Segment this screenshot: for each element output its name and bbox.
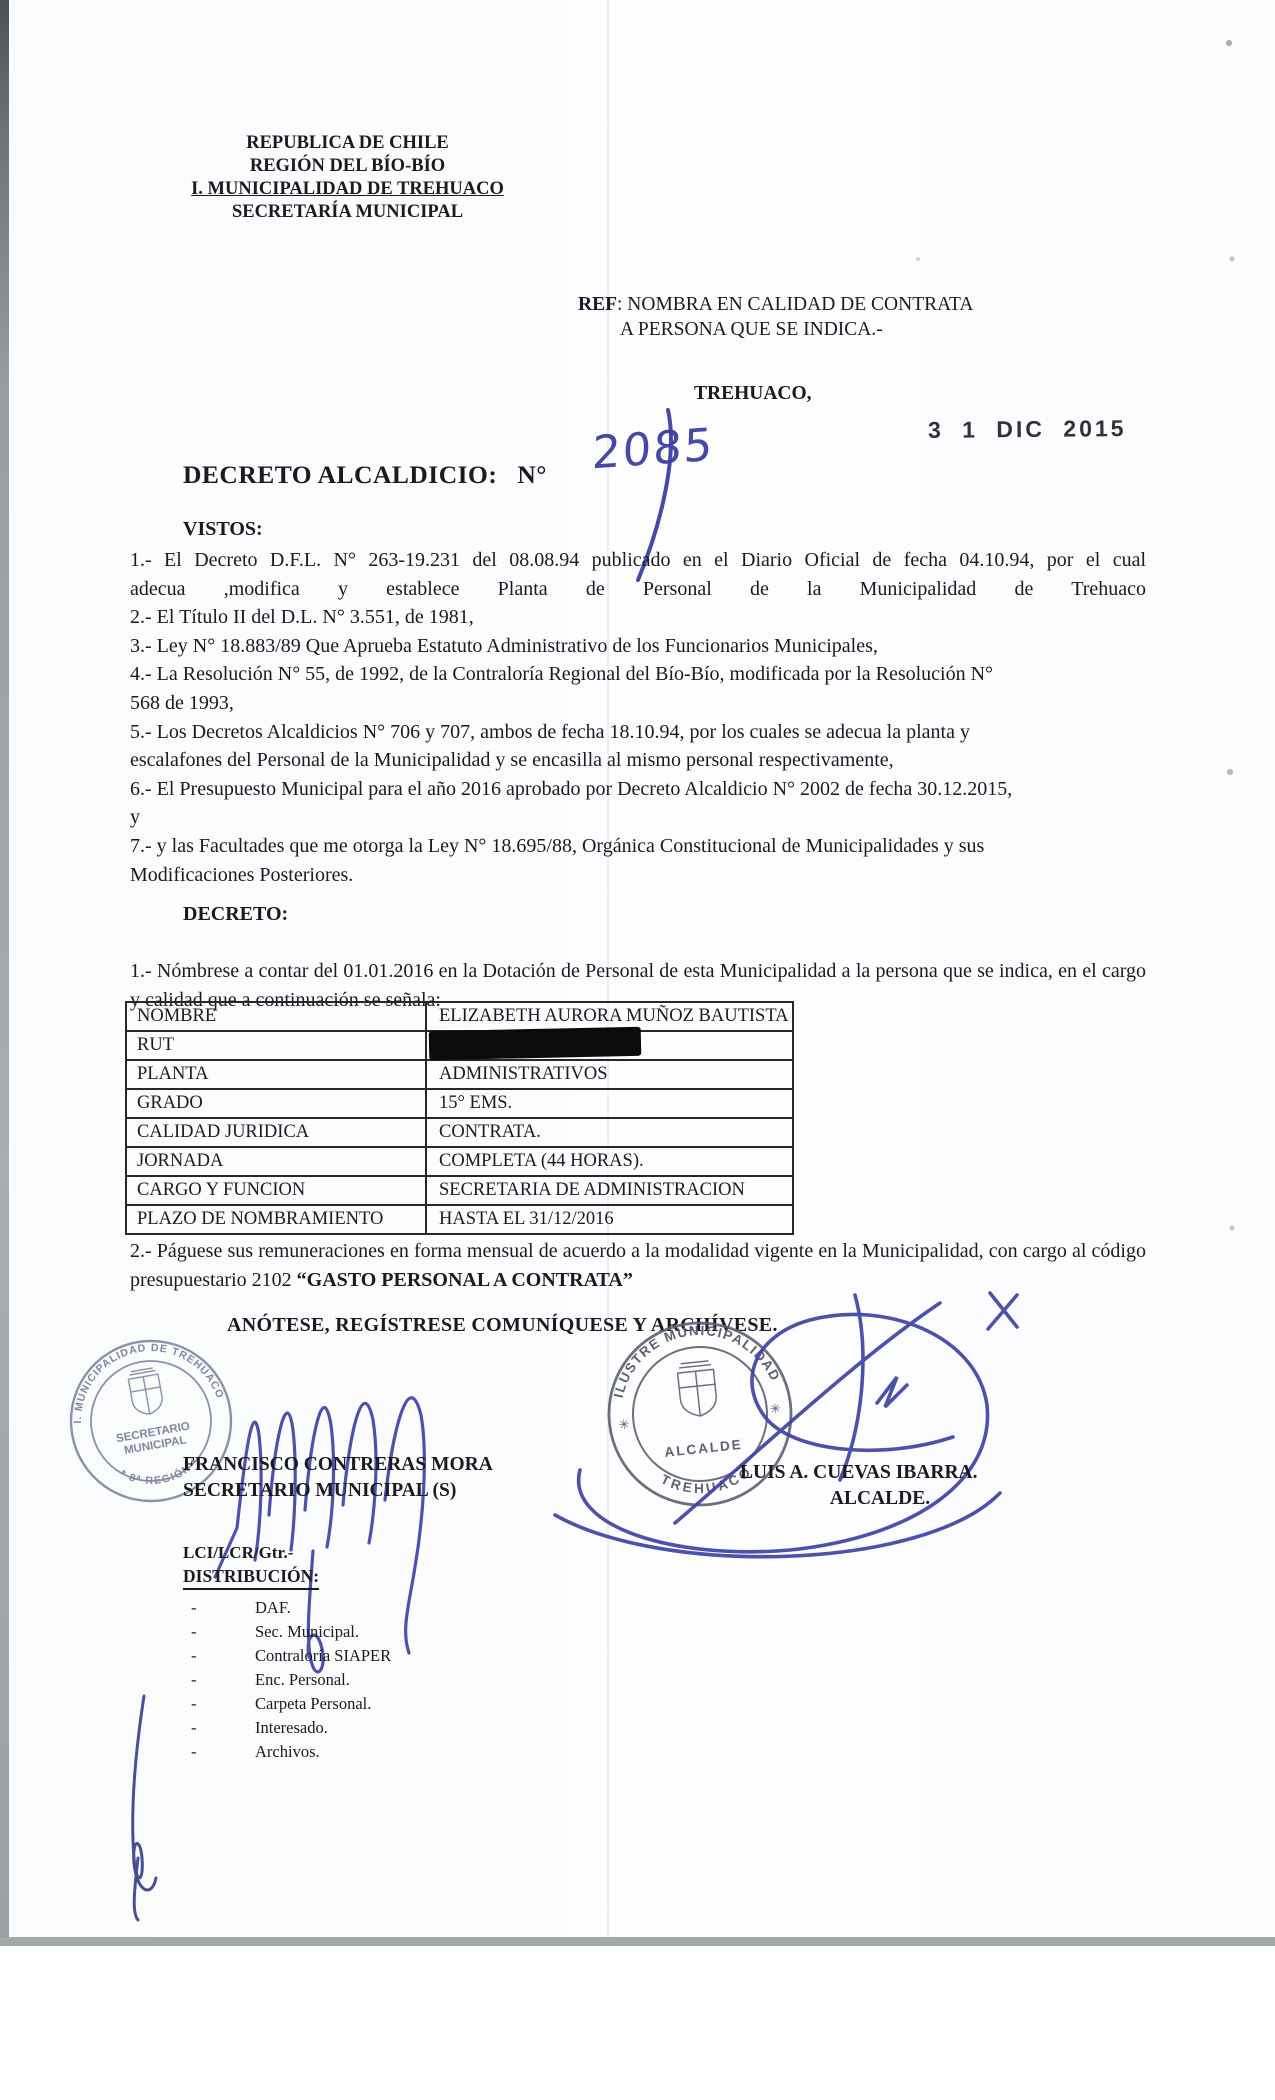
left-signatory: FRANCISCO CONTRERAS MORA SECRETARIO MUNI… — [183, 1452, 513, 1504]
right-signatory-title: ALCALDE. — [740, 1486, 1020, 1512]
distribution-heading: DISTRIBUCIÓN: — [183, 1566, 319, 1590]
table-cell-label: CALIDAD JURIDICA — [126, 1118, 426, 1147]
vistos-item: 5.- Los Decretos Alcaldicios N° 706 y 70… — [130, 718, 1146, 775]
distribution-item: -Enc. Personal. — [183, 1668, 513, 1692]
distribution-list: -DAF. -Sec. Municipal. -Contraloría SIAP… — [183, 1596, 513, 1764]
table-cell-value: SECRETARIA DE ADMINISTRACION — [426, 1176, 793, 1205]
table-cell-label: NOMBRE — [126, 1002, 426, 1031]
letterhead-country: REPUBLICA DE CHILE — [170, 132, 525, 155]
ref-line2: A PERSONA QUE SE INDICA.- — [578, 317, 1098, 342]
table-cell-label: JORNADA — [126, 1147, 426, 1176]
right-signatory: LUIS A. CUEVAS IBARRA. ALCALDE. — [740, 1460, 1020, 1512]
table-cell-label: GRADO — [126, 1089, 426, 1118]
distribution-dash: - — [183, 1620, 255, 1644]
date-stamp: 3 1 DIC 2015 — [928, 415, 1127, 444]
ref-subject: : NOMBRA EN CALIDAD DE CONTRATA — [617, 294, 973, 315]
distribution-label: Archivos. — [255, 1740, 320, 1764]
table-cell-value — [426, 1031, 793, 1060]
table-row: RUT — [126, 1031, 793, 1060]
distribution-label: Enc. Personal. — [255, 1668, 350, 1692]
distribution-item: -Interesado. — [183, 1716, 513, 1740]
table-row: JORNADA COMPLETA (44 HORAS). — [126, 1147, 793, 1176]
vistos-list: 1.- El Decreto D.F.L. N° 263-19.231 del … — [130, 546, 1146, 889]
table-cell-value: HASTA EL 31/12/2016 — [426, 1205, 793, 1234]
letterhead-office: SECRETARÍA MUNICIPAL — [170, 201, 525, 224]
decree-title-label: DECRETO ALCALDICIO: — [183, 460, 497, 489]
letterhead-municipality: I. MUNICIPALIDAD DE TREHUACO — [170, 178, 525, 201]
vistos-item: 2.- El Título II del D.L. N° 3.551, de 1… — [130, 603, 1146, 632]
distribution-dash: - — [183, 1740, 255, 1764]
letterhead-region: REGIÓN DEL BÍO-BÍO — [170, 155, 525, 178]
footer-block: LCI/LCR/Gtr.- DISTRIBUCIÓN: -DAF. -Sec. … — [183, 1543, 513, 1764]
decree-number-prefix: N° — [517, 460, 547, 489]
scan-bottom-edge — [0, 1937, 1275, 1946]
distribution-item: -Archivos. — [183, 1740, 513, 1764]
decreto-heading: DECRETO: — [183, 903, 288, 926]
table-cell-label: PLAZO DE NOMBRAMIENTO — [126, 1205, 426, 1234]
distribution-dash: - — [183, 1596, 255, 1620]
scan-specks — [0, 0, 2, 2]
bottom-pen-flourish — [92, 1688, 182, 1923]
distribution-dash: - — [183, 1668, 255, 1692]
distribution-item: -Sec. Municipal. — [183, 1620, 513, 1644]
letterhead: REPUBLICA DE CHILE REGIÓN DEL BÍO-BÍO I.… — [170, 132, 525, 224]
decree-title: DECRETO ALCALDICIO:N° — [183, 460, 547, 490]
ref-line1: REF: NOMBRA EN CALIDAD DE CONTRATA — [578, 292, 1098, 317]
vistos-item: 7.- y las Facultades que me otorga la Le… — [130, 832, 1146, 889]
distribution-dash: - — [183, 1716, 255, 1740]
distribution-item: -DAF. — [183, 1596, 513, 1620]
table-cell-value: CONTRATA. — [426, 1118, 793, 1147]
appointment-table-body: NOMBRE ELIZABETH AURORA MUÑOZ BAUTISTA R… — [126, 1002, 793, 1234]
scan-left-edge — [0, 0, 9, 1944]
distribution-label: Contraloría SIAPER — [255, 1644, 391, 1668]
table-cell-value: COMPLETA (44 HORAS). — [426, 1147, 793, 1176]
distribution-item: -Contraloría SIAPER — [183, 1644, 513, 1668]
vistos-item: 1.- El Decreto D.F.L. N° 263-19.231 del … — [130, 546, 1146, 603]
table-row: GRADO 15° EMS. — [126, 1089, 793, 1118]
vistos-heading: VISTOS: — [183, 518, 263, 541]
distribution-label: Interesado. — [255, 1716, 328, 1740]
vistos-item: 6.- El Presupuesto Municipal para el año… — [130, 775, 1146, 832]
table-row: PLAZO DE NOMBRAMIENTO HASTA EL 31/12/201… — [126, 1205, 793, 1234]
distribution-label: Carpeta Personal. — [255, 1692, 371, 1716]
table-cell-value: ADMINISTRATIVOS — [426, 1060, 793, 1089]
table-cell-label: RUT — [126, 1031, 426, 1060]
distribution-item: -Carpeta Personal. — [183, 1692, 513, 1716]
right-signatory-name: LUIS A. CUEVAS IBARRA. — [740, 1460, 1020, 1486]
distribution-label: Sec. Municipal. — [255, 1620, 359, 1644]
mayor-signature-ink — [525, 1265, 1055, 1600]
distribution-label: DAF. — [255, 1596, 291, 1620]
distribution-dash: - — [183, 1644, 255, 1668]
ref-label: REF — [578, 294, 617, 315]
scanned-decree-page: REPUBLICA DE CHILE REGIÓN DEL BÍO-BÍO I.… — [0, 0, 1275, 2100]
table-row: NOMBRE ELIZABETH AURORA MUÑOZ BAUTISTA — [126, 1002, 793, 1031]
drafting-initials: LCI/LCR/Gtr.- — [183, 1543, 513, 1563]
ref-block: REF: NOMBRA EN CALIDAD DE CONTRATA A PER… — [578, 292, 1098, 342]
table-cell-value: 15° EMS. — [426, 1089, 793, 1118]
distribution-dash: - — [183, 1692, 255, 1716]
appointment-table: NOMBRE ELIZABETH AURORA MUÑOZ BAUTISTA R… — [125, 1001, 794, 1235]
table-row: CARGO Y FUNCION SECRETARIA DE ADMINISTRA… — [126, 1176, 793, 1205]
vistos-item: 3.- Ley N° 18.883/89 Que Aprueba Estatut… — [130, 632, 1146, 661]
table-cell-label: CARGO Y FUNCION — [126, 1176, 426, 1205]
left-signatory-title: SECRETARIO MUNICIPAL (S) — [183, 1478, 513, 1504]
left-signatory-name: FRANCISCO CONTRERAS MORA — [183, 1452, 513, 1478]
table-row: PLANTA ADMINISTRATIVOS — [126, 1060, 793, 1089]
table-cell-label: PLANTA — [126, 1060, 426, 1089]
vistos-item: 4.- La Resolución N° 55, de 1992, de la … — [130, 660, 1146, 717]
table-row: CALIDAD JURIDICA CONTRATA. — [126, 1118, 793, 1147]
